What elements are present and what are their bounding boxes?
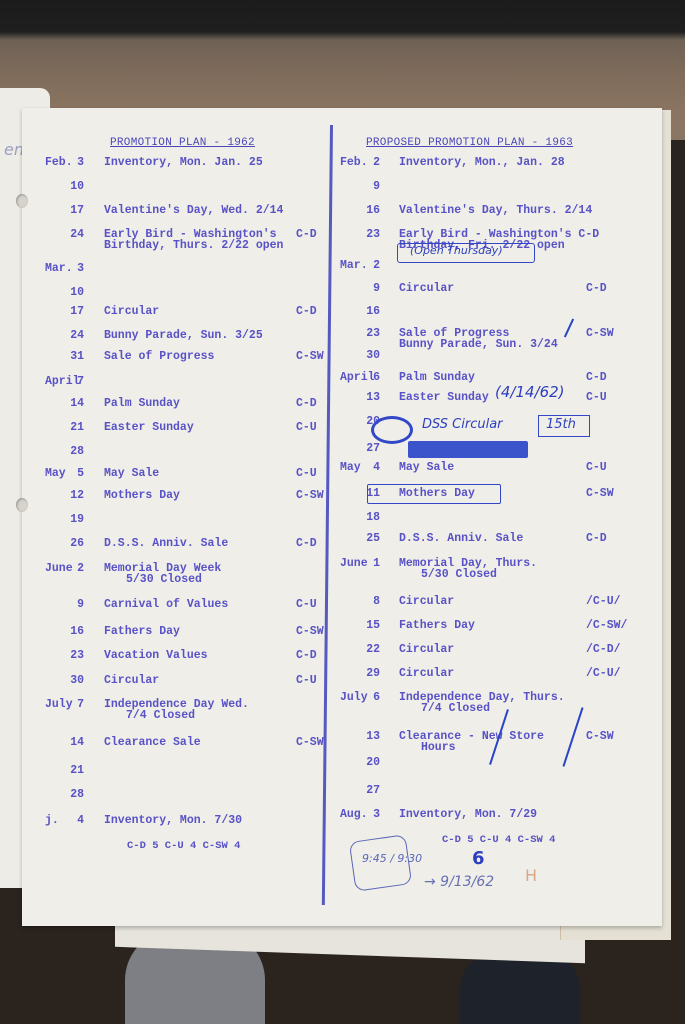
week-day-number: 26 (62, 538, 84, 550)
event-text: Carnival of Values (104, 599, 228, 611)
week-day-number: 23 (358, 328, 380, 340)
week-day-number: 28 (62, 789, 84, 801)
week-day-number: 6 (358, 372, 380, 384)
week-day-number: 24 (62, 330, 84, 342)
week-day-number: 17 (62, 205, 84, 217)
week-day-number: 16 (62, 626, 84, 638)
week-day-number: 28 (62, 446, 84, 458)
week-day-number: 4 (358, 462, 380, 474)
week-day-number: 30 (62, 675, 84, 687)
week-day-number: 2 (62, 563, 84, 575)
week-day-number: 13 (358, 392, 380, 404)
punch-hole (16, 194, 28, 208)
event-text-line2: 5/30 Closed (126, 574, 202, 586)
event-text: D.S.S. Anniv. Sale (104, 538, 228, 550)
week-day-number: 27 (358, 443, 380, 455)
handwritten-arrow-date: → 9/13/62 (424, 874, 494, 890)
circular-code: C-U (586, 462, 607, 474)
week-day-number: 6 (358, 692, 380, 704)
event-text: Inventory, Mon., Jan. 28 (399, 157, 565, 169)
circular-code: C-D (296, 306, 317, 318)
scribbled-out-block (408, 441, 528, 458)
week-day-number: 7 (62, 376, 84, 388)
event-text: Easter Sunday (399, 392, 489, 404)
handwritten-initial: H (525, 866, 537, 885)
circular-code: C-SW (296, 351, 324, 363)
week-day-number: 18 (358, 512, 380, 524)
handwritten-correction-6: 6 (472, 848, 485, 869)
event-text-line2: 7/4 Closed (126, 710, 195, 722)
event-text: Inventory, Mon. 7/29 (399, 809, 537, 821)
week-day-number: 23 (62, 650, 84, 662)
week-day-number: 16 (358, 306, 380, 318)
event-text: Circular (399, 644, 454, 656)
week-day-number: 17 (62, 306, 84, 318)
week-day-number: 23 (358, 229, 380, 241)
week-day-number: 22 (358, 644, 380, 656)
handwritten-easter-date: (4/14/62) (495, 383, 565, 401)
month-label: j. (45, 815, 59, 827)
week-day-number: 16 (358, 205, 380, 217)
week-day-number: 3 (358, 809, 380, 821)
event-text: D.S.S. Anniv. Sale (399, 533, 523, 545)
week-day-number: 25 (358, 533, 380, 545)
handwritten-15th: 15th (546, 417, 576, 432)
event-text: Vacation Values (104, 650, 208, 662)
week-day-number: 27 (358, 785, 380, 797)
week-day-number: 10 (62, 287, 84, 299)
week-day-number: 24 (62, 229, 84, 241)
week-day-number: 7 (62, 699, 84, 711)
circular-code: C-D (296, 538, 317, 550)
handwritten-box-mothers-day (367, 484, 501, 504)
week-day-number: 19 (62, 514, 84, 526)
event-text: May Sale (104, 468, 159, 480)
event-text: Circular (399, 668, 454, 680)
handwritten-open-thursday: (Open Thursday) (410, 244, 503, 257)
event-text: Mothers Day (104, 490, 180, 502)
event-text: Easter Sunday (104, 422, 194, 434)
week-day-number: 8 (358, 596, 380, 608)
circular-code: C-SW (296, 490, 324, 502)
circular-code: C-D (586, 283, 607, 295)
handwritten-times: 9:45 / 9:30 (362, 852, 422, 865)
right-title: PROPOSED PROMOTION PLAN - 1963 (366, 137, 573, 149)
left-title: PROMOTION PLAN - 1962 (110, 137, 255, 149)
event-text: Inventory, Mon. 7/30 (104, 815, 242, 827)
week-day-number: 14 (62, 398, 84, 410)
week-day-number: 30 (358, 350, 380, 362)
circular-code: C-D (586, 533, 607, 545)
event-text: Clearance Sale (104, 737, 201, 749)
right-totals: C-D 5 C-U 4 C-SW 4 (442, 834, 555, 846)
event-text-line2: 5/30 Closed (421, 569, 497, 581)
circular-code: C-SW (586, 488, 614, 500)
event-text: Fathers Day (399, 620, 475, 632)
circled-day-20 (371, 416, 413, 444)
week-day-number: 3 (62, 157, 84, 169)
week-day-number: 15 (358, 620, 380, 632)
week-day-number: 9 (358, 181, 380, 193)
event-text: Inventory, Mon. Jan. 25 (104, 157, 263, 169)
event-text-line2: 7/4 Closed (421, 703, 490, 715)
circular-code: /C-SW/ (586, 620, 627, 632)
circular-code: C-D (586, 372, 607, 384)
week-day-number: 1 (358, 558, 380, 570)
handwritten-dss-circular: DSS Circular (422, 417, 503, 432)
event-text: Fathers Day (104, 626, 180, 638)
circular-code: C-SW (586, 328, 614, 340)
week-day-number: 4 (62, 815, 84, 827)
circular-code: C-SW (296, 737, 324, 749)
circular-code: C-D (296, 398, 317, 410)
week-day-number: 9 (62, 599, 84, 611)
event-text-line2: Hours (421, 742, 456, 754)
circular-code: C-U (296, 675, 317, 687)
event-text: May Sale (399, 462, 454, 474)
event-text: Circular (104, 306, 159, 318)
event-text: Valentine's Day, Thurs. 2/14 (399, 205, 592, 217)
week-day-number: 12 (62, 490, 84, 502)
circular-code: /C-D/ (586, 644, 621, 656)
event-text-line2: Birthday, Thurs. 2/22 open (104, 240, 283, 252)
event-text: Bunny Parade, Sun. 3/25 (104, 330, 263, 342)
event-text-line2: Bunny Parade, Sun. 3/24 (399, 339, 558, 351)
event-text: Palm Sunday (104, 398, 180, 410)
event-text: Valentine's Day, Wed. 2/14 (104, 205, 283, 217)
week-day-number: 14 (62, 737, 84, 749)
circular-code: C-D (296, 650, 317, 662)
week-day-number: 2 (358, 157, 380, 169)
event-text: Sale of Progress (104, 351, 214, 363)
circular-code: /C-U/ (586, 668, 621, 680)
event-text: Palm Sunday (399, 372, 475, 384)
week-day-number: 20 (358, 757, 380, 769)
week-day-number: 5 (62, 468, 84, 480)
week-day-number: 2 (358, 260, 380, 272)
event-text: Circular (399, 596, 454, 608)
circular-code: C-U (586, 392, 607, 404)
circular-code: C-SW (586, 731, 614, 743)
event-text: Circular (399, 283, 454, 295)
week-day-number: 29 (358, 668, 380, 680)
week-day-number: 3 (62, 263, 84, 275)
circular-code: C-U (296, 422, 317, 434)
week-day-number: 10 (62, 181, 84, 193)
week-day-number: 31 (62, 351, 84, 363)
circular-code: /C-U/ (586, 596, 621, 608)
circular-code: C-SW (296, 626, 324, 638)
week-day-number: 21 (62, 765, 84, 777)
left-totals: C-D 5 C-U 4 C-SW 4 (127, 840, 240, 852)
circular-code: C-D (296, 229, 317, 241)
circular-code: C-U (296, 599, 317, 611)
week-day-number: 9 (358, 283, 380, 295)
event-text: Circular (104, 675, 159, 687)
punch-hole (16, 498, 28, 512)
circular-code: C-U (296, 468, 317, 480)
week-day-number: 13 (358, 731, 380, 743)
week-day-number: 21 (62, 422, 84, 434)
